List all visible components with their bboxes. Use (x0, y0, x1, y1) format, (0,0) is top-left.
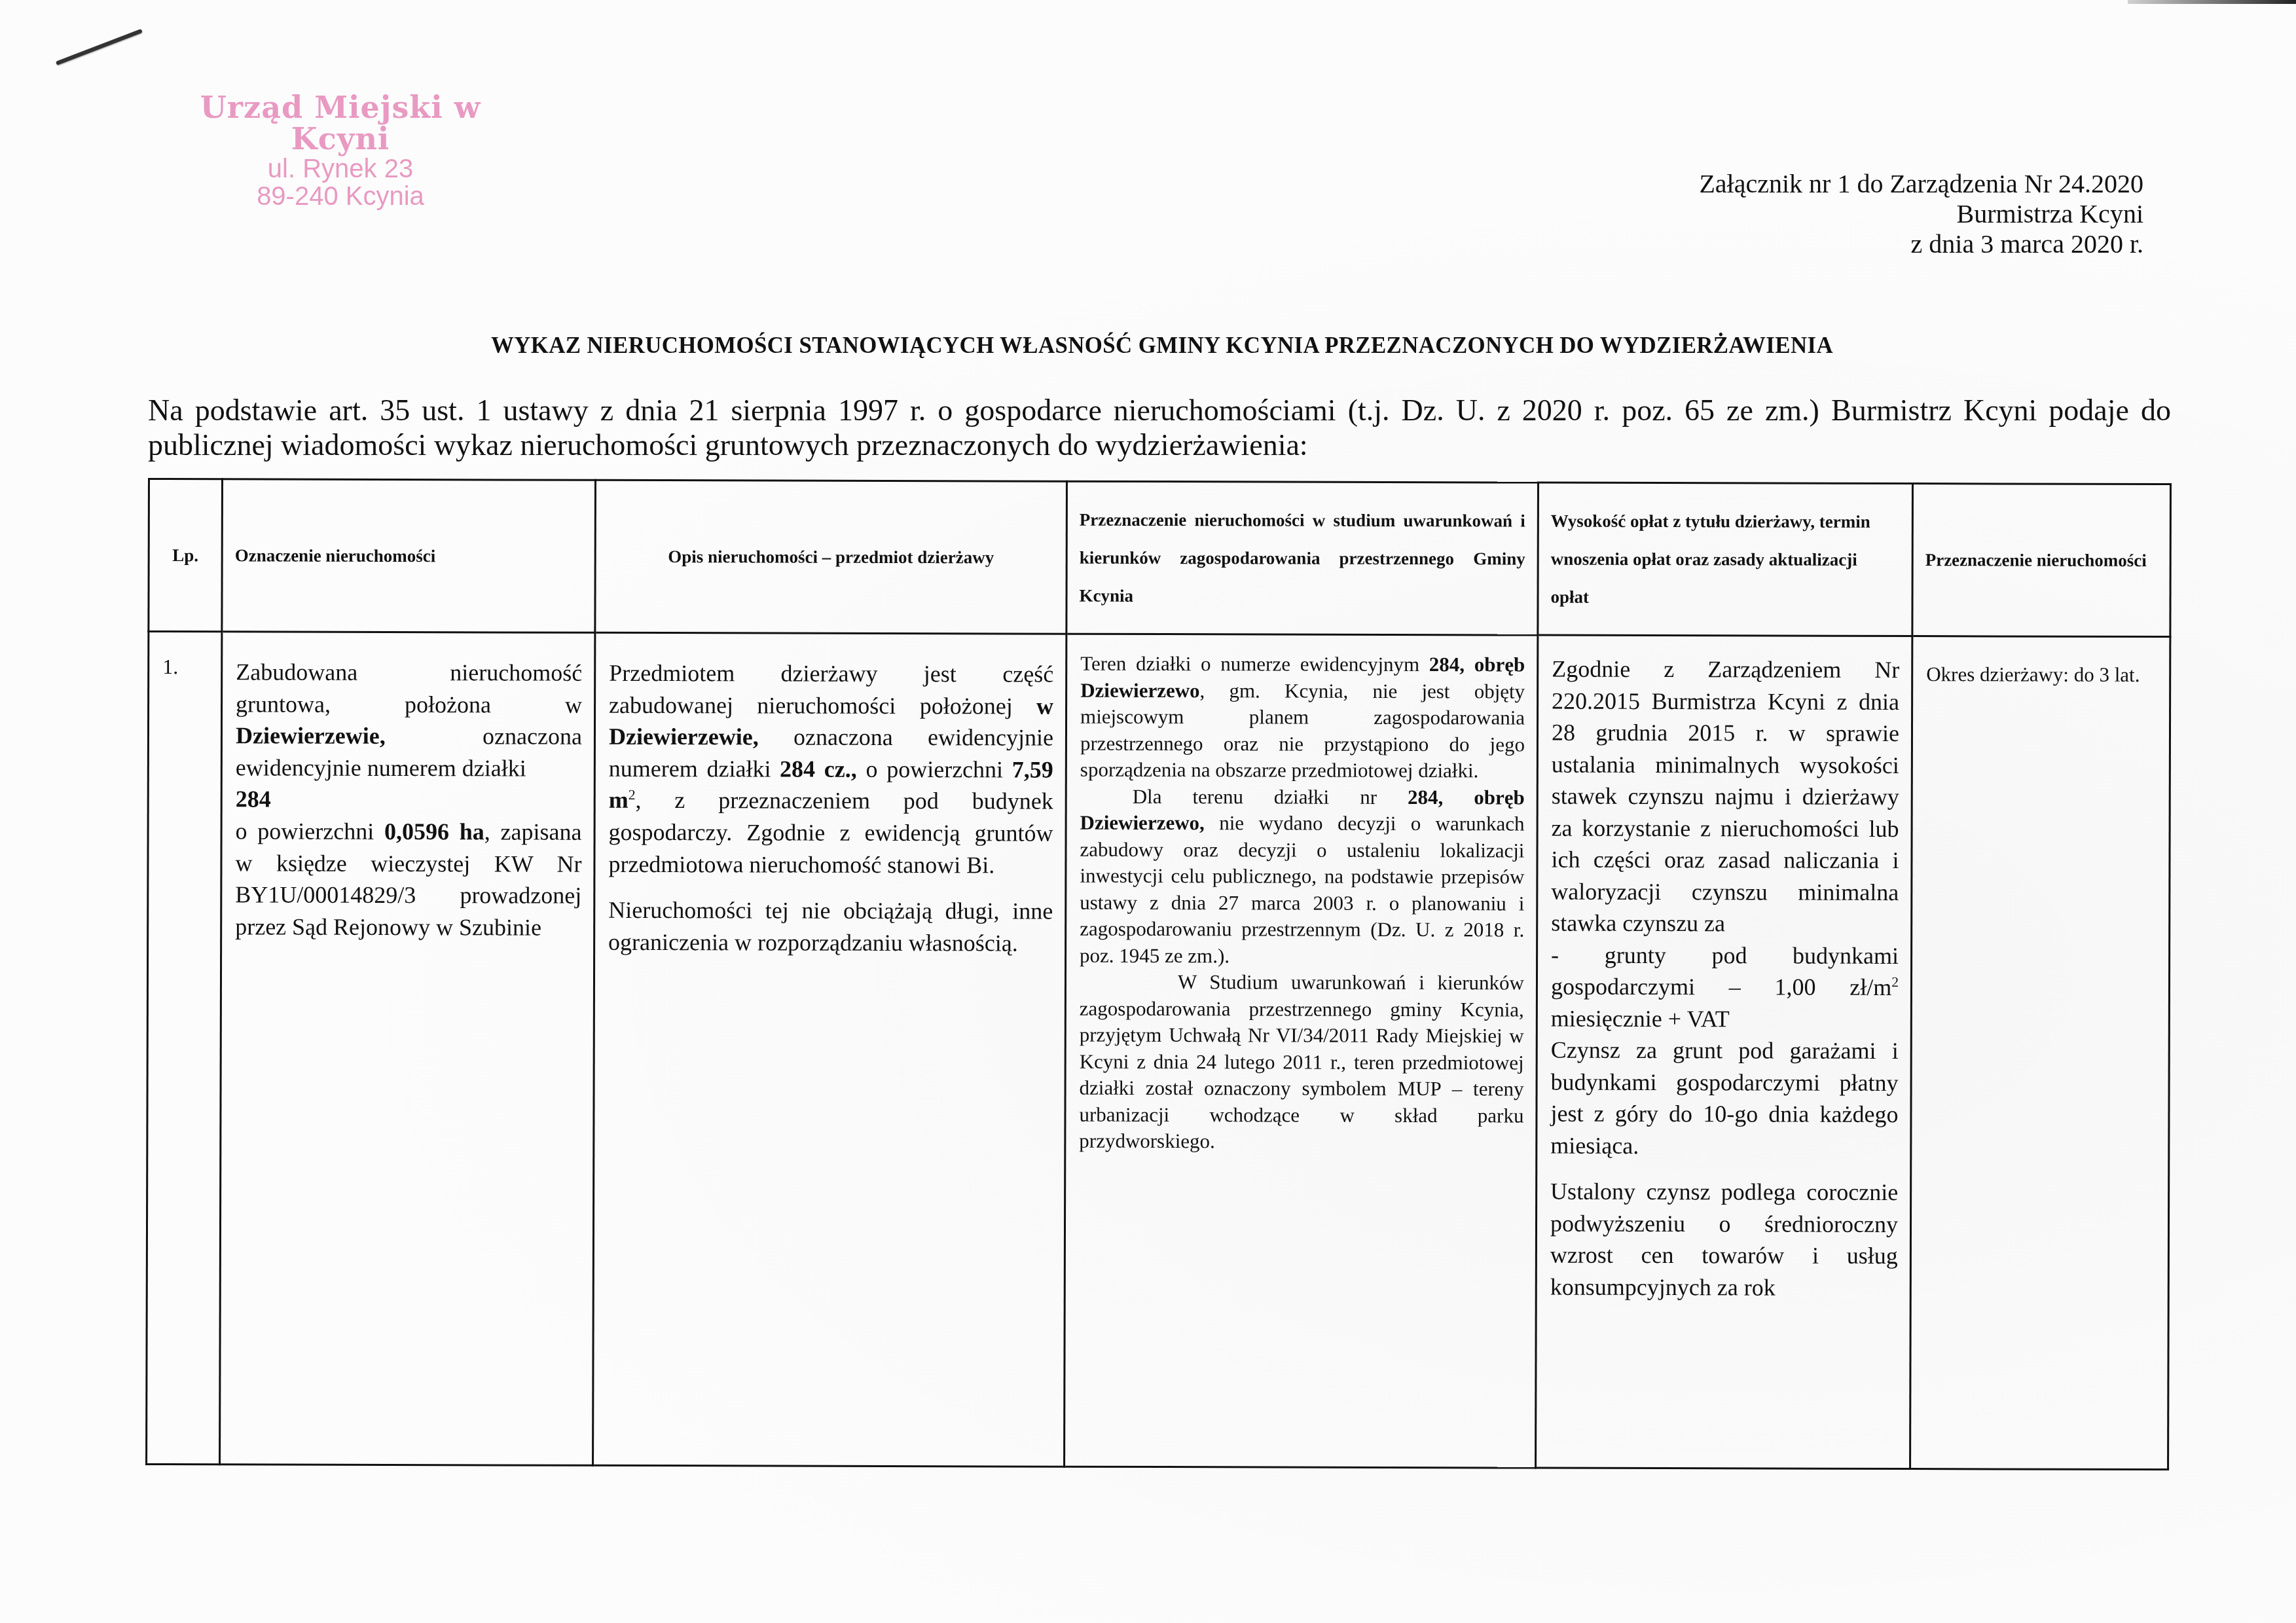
description-paragraph-1: Przedmiotem dzierżawy jest część zabudow… (608, 657, 1053, 881)
property-list-table: Lp. Oznaczenie nieruchomości Opis nieruc… (145, 478, 2172, 1470)
cell-study: Teren działki o numerze ewidencyjnym 284… (1065, 634, 1538, 1468)
header-purpose: Przeznaczenie nieruchomości (1912, 484, 2171, 637)
intro-paragraph: Na podstawie art. 35 ust. 1 ustawy z dni… (148, 393, 2171, 462)
description-paragraph-2: Nieruchomości tej nie obciążają długi, i… (608, 894, 1053, 959)
attachment-note: Załącznik nr 1 do Zarządzenia Nr 24.2020… (1699, 169, 2143, 259)
document-title: WYKAZ NIERUCHOMOŚCI STANOWIĄCYCH WŁASNOŚ… (357, 333, 1967, 359)
header-description: Opis nieruchomości – przedmiot dzierżawy (595, 480, 1067, 634)
attachment-line-1: Załącznik nr 1 do Zarządzenia Nr 24.2020 (1699, 169, 2143, 199)
stamp-street: ul. Rynek 23 (177, 155, 504, 183)
office-stamp: Urząd Miejski w Kcyni ul. Rynek 23 89-24… (177, 92, 504, 210)
header-fees: Wysokość opłat z tytułu dzierżawy, termi… (1538, 483, 1913, 636)
study-paragraph-3: W Studium uwarunkowań i kierunków zagosp… (1079, 969, 1524, 1156)
scan-edge-shadow (2128, 0, 2296, 4)
cell-purpose: Okres dzierżawy: do 3 lat. (1910, 636, 2170, 1470)
study-paragraph-1: Teren działki o numerze ewidencyjnym 284… (1080, 651, 1525, 784)
fees-payment-term: Czynsz za grunt pod garażami i budynkami… (1550, 1034, 1899, 1162)
stamp-office-name: Urząd Miejski w Kcyni (177, 92, 504, 155)
attachment-line-3: z dnia 3 marca 2020 r. (1699, 229, 2143, 259)
stamp-postal-city: 89-240 Kcynia (177, 183, 504, 210)
table-row: 1. Zabudowana nieruchomość gruntowa, poł… (147, 632, 2170, 1470)
fees-rate: - grunty pod budynkami gospodarczymi – 1… (1551, 939, 1899, 1035)
cell-description: Przedmiotem dzierżawy jest część zabudow… (593, 632, 1066, 1467)
header-study: Przeznaczenie nieruchomości w studium uw… (1066, 481, 1539, 635)
table-header-row: Lp. Oznaczenie nieruchomości Opis nieruc… (149, 479, 2171, 637)
fees-paragraph-1: Zgodnie z Zarządzeniem Nr 220.2015 Burmi… (1551, 653, 1899, 940)
attachment-line-2: Burmistrza Kcyni (1699, 199, 2143, 229)
cell-designation: Zabudowana nieruchomość gruntowa, położo… (220, 632, 595, 1465)
fees-indexation: Ustalony czynsz podlega corocznie podwyż… (1550, 1176, 1899, 1304)
cell-fees: Zgodnie z Zarządzeniem Nr 220.2015 Burmi… (1536, 635, 1912, 1468)
header-lp: Lp. (149, 479, 223, 632)
header-designation: Oznaczenie nieruchomości (222, 479, 596, 632)
study-paragraph-2: Dla terenu działki nr 284, obręb Dziewie… (1080, 783, 1525, 970)
cell-lp: 1. (147, 632, 222, 1465)
